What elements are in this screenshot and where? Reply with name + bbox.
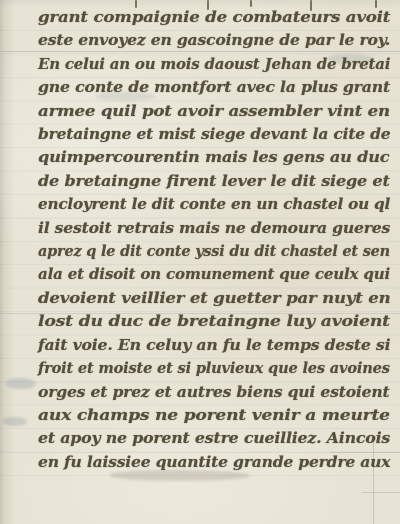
bleed-through-mark — [6, 378, 36, 389]
bleed-through-mark — [3, 417, 27, 426]
manuscript-line: fait voie. En celuy an fu le temps deste… — [38, 334, 390, 357]
manuscript-line-text: En celui an ou mois daoust Jehan de bret… — [38, 53, 390, 76]
manuscript-line: En celui an ou mois daoust Jehan de bret… — [38, 53, 390, 76]
manuscript-line-text: ala et disoit on comunement que ceulx qu… — [38, 263, 390, 286]
manuscript-line-text: este envoyez en gascoingne de par le roy… — [38, 29, 390, 52]
manuscript-line-text: fait voie. En celuy an fu le temps deste… — [38, 334, 390, 357]
text-block: grant compaignie de combateurs avoit est… — [38, 6, 390, 474]
manuscript-line: ala et disoit on comunement que ceulx qu… — [38, 263, 390, 286]
manuscript-line-text: en fu laissiee quantite grande perdre au… — [38, 451, 390, 474]
manuscript-line-text: orges et prez et autres biens qui estoie… — [38, 381, 390, 404]
manuscript-line-text: grant compaignie de combateurs avoit — [38, 6, 390, 29]
manuscript-line: encloyrent le dit conte en un chastel ou… — [38, 193, 390, 216]
manuscript-line: en fu laissiee quantite grande perdre au… — [38, 451, 390, 474]
manuscript-line-text: devoient veillier et guetter par nuyt en — [38, 287, 390, 310]
manuscript-line-text: encloyrent le dit conte en un chastel ou… — [38, 193, 390, 216]
manuscript-line: froit et moiste et si pluvieux que les a… — [38, 357, 390, 380]
manuscript-line-text: aprez q le dit conte yssi du dit chastel… — [38, 240, 390, 263]
manuscript-line: gne conte de montfort avec la plus grant — [38, 76, 390, 99]
manuscript-line: este envoyez en gascoingne de par le roy… — [38, 29, 390, 52]
manuscript-line: devoient veillier et guetter par nuyt en — [38, 287, 390, 310]
manuscript-line: lost du duc de bretaingne luy avoient — [38, 310, 390, 333]
manuscript-page: grant compaignie de combateurs avoit est… — [0, 0, 400, 524]
manuscript-line: quimpercourentin mais les gens au duc — [38, 146, 390, 169]
manuscript-line: bretaingne et mist siege devant la cite … — [38, 123, 390, 146]
manuscript-line-text: bretaingne et mist siege devant la cite … — [38, 123, 390, 146]
manuscript-line: de bretaingne firent lever le dit siege … — [38, 170, 390, 193]
manuscript-line-text: de bretaingne firent lever le dit siege … — [38, 170, 390, 193]
manuscript-line-text: quimpercourentin mais les gens au duc — [38, 146, 389, 169]
manuscript-line-text: armee quil pot avoir assembler vint en — [38, 100, 390, 123]
manuscript-line-text: et apoy ne porent estre cueilliez. Ainco… — [38, 427, 390, 450]
ruling-line — [362, 492, 400, 493]
manuscript-line: aux champs ne porent venir a meurte — [38, 404, 390, 427]
manuscript-line: armee quil pot avoir assembler vint en — [38, 100, 390, 123]
manuscript-line: il sestoit retrais mais ne demoura guere… — [38, 217, 390, 240]
manuscript-line: grant compaignie de combateurs avoit — [38, 6, 390, 29]
manuscript-line-text: aux champs ne porent venir a meurte — [38, 404, 390, 427]
manuscript-line: aprez q le dit conte yssi du dit chastel… — [38, 240, 390, 263]
manuscript-line-text: lost du duc de bretaingne luy avoient — [38, 310, 390, 333]
manuscript-line-text: il sestoit retrais mais ne demoura guere… — [38, 217, 390, 240]
manuscript-line-text: froit et moiste et si pluvieux que les a… — [38, 357, 390, 380]
manuscript-line: orges et prez et autres biens qui estoie… — [38, 381, 390, 404]
manuscript-line: et apoy ne porent estre cueilliez. Ainco… — [38, 427, 390, 450]
manuscript-line-text: gne conte de montfort avec la plus grant — [38, 76, 390, 99]
